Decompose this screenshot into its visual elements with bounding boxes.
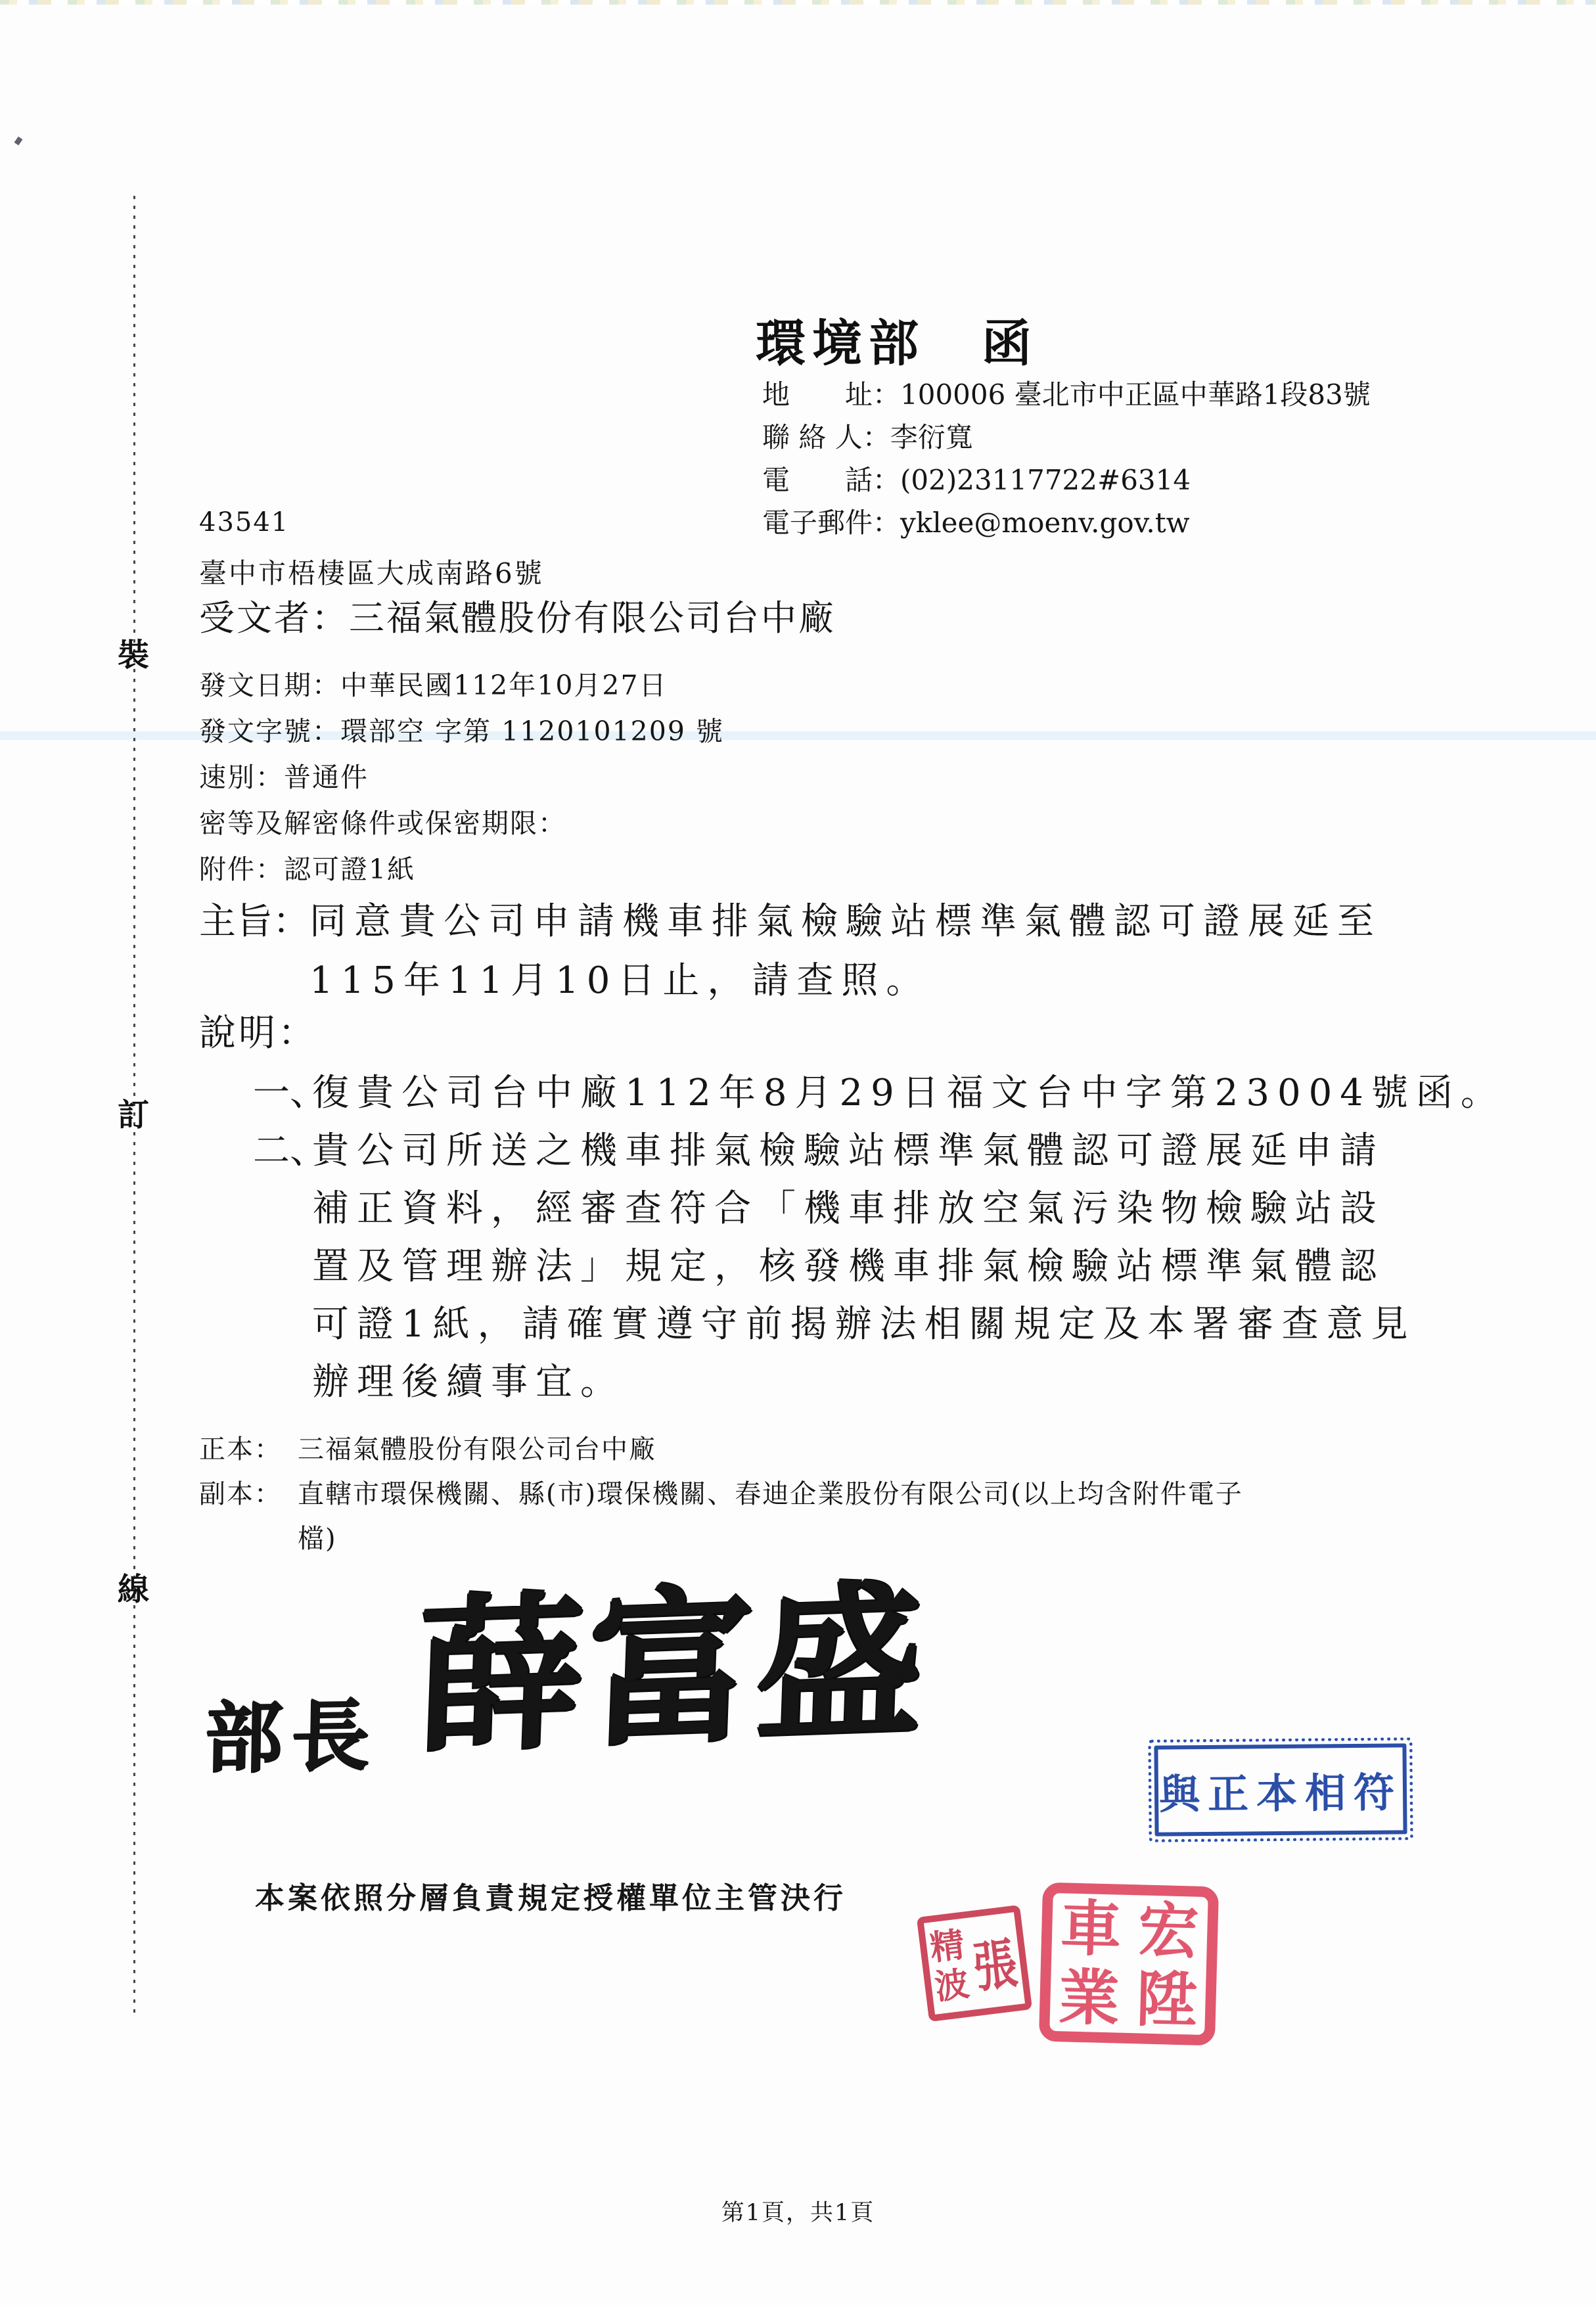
cc-copy-value: 直轄市環保機關、縣(市)環保機關、春迪企業股份有限公司(以上均含附件電子 檔) xyxy=(298,1472,1243,1561)
issue-date-value: 中華民國112年10月27日 xyxy=(340,670,668,701)
minister-signature: 薛富盛 xyxy=(415,1573,930,1765)
contact-address-row: 地 址：100006 臺北市中正區中華路1段83號 xyxy=(762,373,1371,416)
contact-phone-row: 電 話：(02)23117722#6314 xyxy=(762,459,1371,501)
minister-title: 部長 xyxy=(204,1673,380,1788)
contact-phone-label: 電 話： xyxy=(762,464,900,496)
contact-email-label: 電子郵件： xyxy=(762,507,900,539)
recipient-postal-code: 43541 xyxy=(199,507,289,537)
scanned-official-letter: 裝 訂 線 環境部 函 地 址：100006 臺北市中正區中華路1段83號 聯 … xyxy=(0,0,1596,2305)
contact-email-row: 電子郵件：yklee@moenv.gov.tw xyxy=(762,501,1371,544)
contact-phone-value: (02)23117722#6314 xyxy=(900,464,1191,496)
recipient-address: 臺中市梧棲區大成南路6號 xyxy=(199,552,544,591)
certified-copy-stamp-text: 與正本相符 xyxy=(1154,1743,1407,1836)
recipient-line: 受文者：三福氣體股份有限公司台中廠 xyxy=(199,590,836,641)
item-line: 置及管理辦法」規定，核發機車排氣檢驗站標準氣體認 xyxy=(312,1238,1416,1296)
explanation-label: 說明： xyxy=(199,1004,317,1057)
priority-label: 速別： xyxy=(199,762,284,793)
seal-char: 精 xyxy=(928,1925,967,1969)
original-copy-label: 正本： xyxy=(199,1427,298,1472)
security-row: 密等及解密條件或保密期限： xyxy=(199,800,724,846)
contact-person-label: 聯 絡 人： xyxy=(762,421,890,453)
seal-char: 業 xyxy=(1058,1964,1120,2031)
contact-address-label: 地 址： xyxy=(762,378,900,411)
agency-contact-block: 地 址：100006 臺北市中正區中華路1段83號 聯 絡 人：李衍寬 電 話：… xyxy=(762,373,1371,544)
certified-copy-stamp: 與正本相符 xyxy=(1148,1737,1413,1842)
seal-char: 波 xyxy=(932,1964,971,2007)
subject-line: 115年11月10日止，請查照。 xyxy=(309,951,1382,1011)
document-meta-block: 發文日期：中華民國112年10月27日 發文字號：環部空 字第 11201012… xyxy=(199,662,724,892)
cc-line: 檔) xyxy=(298,1517,1243,1561)
explanation-items: 一、 復貴公司台中廠112年8月29日福文台中字第23004號函。 二、 貴公司… xyxy=(253,1064,1505,1411)
copies-block: 正本： 三福氣體股份有限公司台中廠 副本： 直轄市環保機關、縣(市)環保機關、春… xyxy=(199,1427,1243,1561)
agency-title: 環境部 函 xyxy=(756,304,1038,375)
attachment-row: 附件：認可證1紙 xyxy=(199,846,724,892)
subject-line: 同意貴公司申請機車排氣檢驗站標準氣體認可證展延至 xyxy=(309,892,1382,951)
doc-number-label: 發文字號： xyxy=(199,716,340,747)
seal-char: 宏 xyxy=(1137,1897,1200,1964)
item-line: 貴公司所送之機車排氣檢驗站標準氣體認可證展延申請 xyxy=(312,1122,1416,1180)
attachment-value: 認可證1紙 xyxy=(284,854,415,885)
personal-red-seal: 張 精 波 xyxy=(917,1905,1032,2022)
item-number: 一、 xyxy=(253,1064,312,1122)
cc-line: 直轄市環保機關、縣(市)環保機關、春迪企業股份有限公司(以上均含附件電子 xyxy=(298,1472,1243,1517)
attachment-label: 附件： xyxy=(199,854,284,885)
item-line: 可證1紙，請確實遵守前揭辦法相關規定及本署審查意見 xyxy=(312,1296,1416,1354)
explanation-item-1: 一、 復貴公司台中廠112年8月29日福文台中字第23004號函。 xyxy=(253,1064,1505,1122)
recipient-name: 三福氣體股份有限公司台中廠 xyxy=(349,597,836,639)
seal-char: 車 xyxy=(1060,1895,1122,1962)
delegation-note: 本案依照分層負責規定授權單位主管決行 xyxy=(255,1874,846,1917)
contact-address-value: 100006 臺北市中正區中華路1段83號 xyxy=(900,378,1371,411)
signature-block: 部長 薛富盛 xyxy=(205,1582,926,1786)
item-number: 二、 xyxy=(253,1122,312,1411)
binding-char-zhuang: 裝 xyxy=(118,629,149,675)
issue-date-row: 發文日期：中華民國112年10月27日 xyxy=(199,662,724,708)
doc-number-row: 發文字號：環部空 字第 1120101209 號 xyxy=(199,708,724,754)
subject-section: 主旨： 同意貴公司申請機車排氣檢驗站標準氣體認可證展延至 115年11月10日止… xyxy=(199,892,1382,1011)
item-text: 貴公司所送之機車排氣檢驗站標準氣體認可證展延申請 補正資料，經審查符合「機車排放… xyxy=(312,1122,1416,1411)
contact-email-value: yklee@moenv.gov.tw xyxy=(900,507,1190,539)
subject-text: 同意貴公司申請機車排氣檢驗站標準氣體認可證展延至 115年11月10日止，請查照… xyxy=(309,892,1382,1011)
cc-copy-label: 副本： xyxy=(199,1472,298,1561)
contact-person-row: 聯 絡 人：李衍寬 xyxy=(762,416,1371,459)
security-label: 密等及解密條件或保密期限： xyxy=(199,808,566,839)
scan-speck xyxy=(14,137,23,146)
item-line: 辦理後續事宜。 xyxy=(312,1354,1416,1411)
binding-char-xian: 線 xyxy=(118,1564,149,1609)
original-copy-row: 正本： 三福氣體股份有限公司台中廠 xyxy=(199,1427,1243,1472)
item-line: 補正資料，經審查符合「機車排放空氣污染物檢驗站設 xyxy=(312,1180,1416,1238)
page-number: 第1頁，共1頁 xyxy=(0,2195,1596,2227)
seal-column: 精 波 xyxy=(928,1925,971,2007)
cc-copy-row: 副本： 直轄市環保機關、縣(市)環保機關、春迪企業股份有限公司(以上均含附件電子… xyxy=(199,1472,1243,1561)
recipient-label: 受文者： xyxy=(199,597,349,639)
item-text: 復貴公司台中廠112年8月29日福文台中字第23004號函。 xyxy=(312,1064,1505,1122)
original-copy-value: 三福氣體股份有限公司台中廠 xyxy=(298,1427,656,1472)
priority-value: 普通件 xyxy=(284,762,369,793)
scanner-noise-strip xyxy=(0,0,1596,5)
seal-char: 張 xyxy=(969,1919,1021,2002)
doc-number-value: 環部空 字第 1120101209 號 xyxy=(340,716,724,747)
explanation-item-2: 二、 貴公司所送之機車排氣檢驗站標準氣體認可證展延申請 補正資料，經審查符合「機… xyxy=(253,1122,1505,1411)
binding-char-ding: 訂 xyxy=(118,1089,149,1135)
seal-char: 陞 xyxy=(1135,1966,1198,2033)
subject-label: 主旨： xyxy=(199,892,309,1011)
priority-row: 速別：普通件 xyxy=(199,754,724,800)
contact-person-value: 李衍寬 xyxy=(890,421,973,453)
item-line: 復貴公司台中廠112年8月29日福文台中字第23004號函。 xyxy=(312,1064,1505,1122)
company-red-seal: 車 宏 業 陞 xyxy=(1039,1883,1219,2046)
issue-date-label: 發文日期： xyxy=(199,670,340,701)
